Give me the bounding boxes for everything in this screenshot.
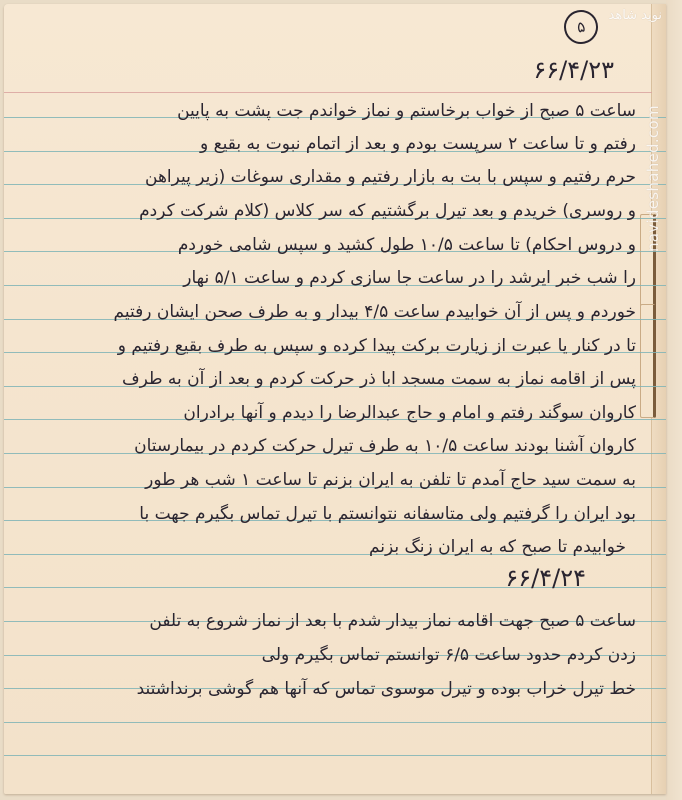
diary-line: رفتم و تا ساعت ۲ سرپست بودم و بعد از اتم… bbox=[12, 133, 636, 155]
diary-line: و روسری) خریدم و بعد تیرل برگشتیم که سر … bbox=[12, 200, 636, 222]
diary-line: کاروان آشنا بودند ساعت ۱۰/۵ به طرف تیرل … bbox=[12, 435, 636, 457]
diary-line: را شب خبر ایرشد را در ساعت جا سازی کردم … bbox=[12, 267, 636, 289]
diary-line: حرم رفتیم و سپس با بت به بازار رفتیم و م… bbox=[12, 166, 636, 188]
ruled-line bbox=[4, 755, 666, 756]
diary-line: کاروان سوگند رفتم و امام و حاج عبدالرضا … bbox=[12, 402, 636, 424]
notebook-back-edge bbox=[666, 0, 682, 800]
diary-line: زدن کردم حدود ساعت ۶/۵ توانستم تماس بگیر… bbox=[12, 644, 636, 666]
diary-line: تا در کنار یا عبرت از زیارت برکت پیدا کر… bbox=[12, 335, 636, 357]
diary-line: ساعت ۵ صبح جهت اقامه نماز بیدار شدم با ب… bbox=[12, 610, 636, 632]
diary-line: پس از اقامه نماز به سمت مسجد ابا ذر حرکت… bbox=[12, 368, 636, 390]
diary-line: خط تیرل خراب بوده و تیرل موسوی تماس که آ… bbox=[12, 678, 636, 700]
diary-line: به سمت سید حاج آمدم تا تلفن به ایران بزن… bbox=[12, 469, 636, 491]
diary-page: ۵ ۶۶/۴/۲۳ ساعت ۵ صبح از خواب برخاستم و ن… bbox=[4, 4, 666, 794]
diary-line: و دروس احکام) تا ساعت ۱۰/۵ طول کشید و سپ… bbox=[12, 234, 636, 256]
diary-line: بود ایران را گرفتیم ولی متاسفانه نتوانست… bbox=[12, 503, 636, 525]
ruled-line bbox=[4, 722, 666, 723]
diary-line: خوابیدم تا صبح که به ایران زنگ بزنم bbox=[12, 536, 626, 558]
watermark-logo: نوید شاهد bbox=[609, 8, 662, 23]
red-margin-line bbox=[4, 92, 652, 93]
entry-date: ۶۶/۴/۲۳ bbox=[533, 56, 614, 84]
binding-tab bbox=[640, 304, 656, 418]
watermark-url: navideshahed.com bbox=[644, 52, 664, 252]
diary-line: ساعت ۵ صبح از خواب برخاستم و نماز خواندم… bbox=[12, 100, 636, 122]
diary-line: خوردم و پس از آن خوابیدم ساعت ۴/۵ بیدار … bbox=[12, 301, 636, 323]
entry-date: ۶۶/۴/۲۴ bbox=[505, 564, 586, 592]
page-number: ۵ bbox=[561, 7, 601, 47]
